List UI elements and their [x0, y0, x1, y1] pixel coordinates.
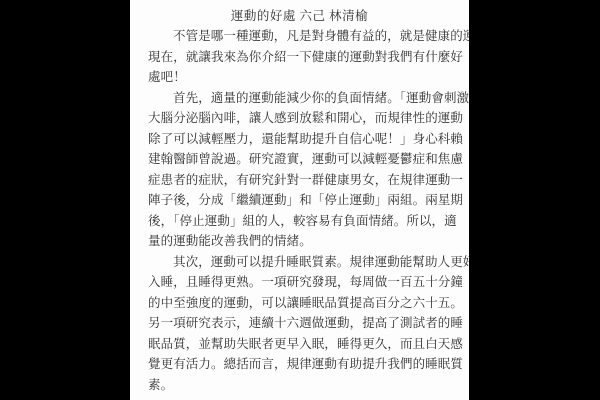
document-line: 建翰醫師曾說過。研究證實，運動可以減輕憂鬱症和焦慮: [148, 149, 462, 170]
document-line: 不管是哪一種運動，凡是對身體有益的，就是健康的運動。: [148, 26, 462, 47]
document-line: 處吧！: [148, 67, 462, 88]
document-line: 首先，適量的運動能減少你的負面情緒。「運動會刺激: [148, 88, 462, 109]
document-line: 量的運動能改善我們的情緒。: [148, 231, 462, 252]
screen: 運動的好處 六己 林清榆 不管是哪一種運動，凡是對身體有益的，就是健康的運動。現…: [0, 0, 600, 400]
document-line: 覺更有活力。總括而言，規律運動有助提升我們的睡眠質: [148, 354, 462, 375]
document-line: 眠品質，並幫助失眠者更早入眠，睡得更久，而且白天感: [148, 334, 462, 355]
document-line: 除了可以減輕壓力，還能幫助提升自信心呢！」身心科賴: [148, 129, 462, 150]
letterbox-left: [0, 0, 130, 400]
document-line: 的中至強度的運動，可以讓睡眠品質提高百分之六十五。: [148, 293, 462, 314]
document-line: 另一項研究表示，連續十六週做運動，提高了測試者的睡: [148, 313, 462, 334]
document-line: 素。: [148, 375, 462, 396]
document-line: 症患者的症狀，有研究針對一群健康男女，在規律運動一: [148, 170, 462, 191]
document-line: 其次，運動可以提升睡眠質素。規律運動能幫助人更好: [148, 252, 462, 273]
document-line: 大腦分泌腦內啡，讓人感到放鬆和開心，而規律性的運動: [148, 108, 462, 129]
document-body: 不管是哪一種運動，凡是對身體有益的，就是健康的運動。現在，就讓我來為你介紹一下健…: [130, 26, 469, 395]
document-line: 入睡，且睡得更熟。一項研究發現，每周做一百五十分鐘: [148, 272, 462, 293]
document-line: 陣子後，分成「繼續運動」和「停止運動」兩組。兩星期: [148, 190, 462, 211]
document-line: 後，「停止運動」組的人，較容易有負面情緒。所以，適: [148, 211, 462, 232]
document-line: 現在，就讓我來為你介紹一下健康的運動對我們有什麼好: [148, 47, 462, 68]
letterbox-right: [469, 0, 600, 400]
document-title: 運動的好處 六己 林清榆: [130, 0, 469, 26]
document-page: 運動的好處 六己 林清榆 不管是哪一種運動，凡是對身體有益的，就是健康的運動。現…: [130, 0, 469, 400]
